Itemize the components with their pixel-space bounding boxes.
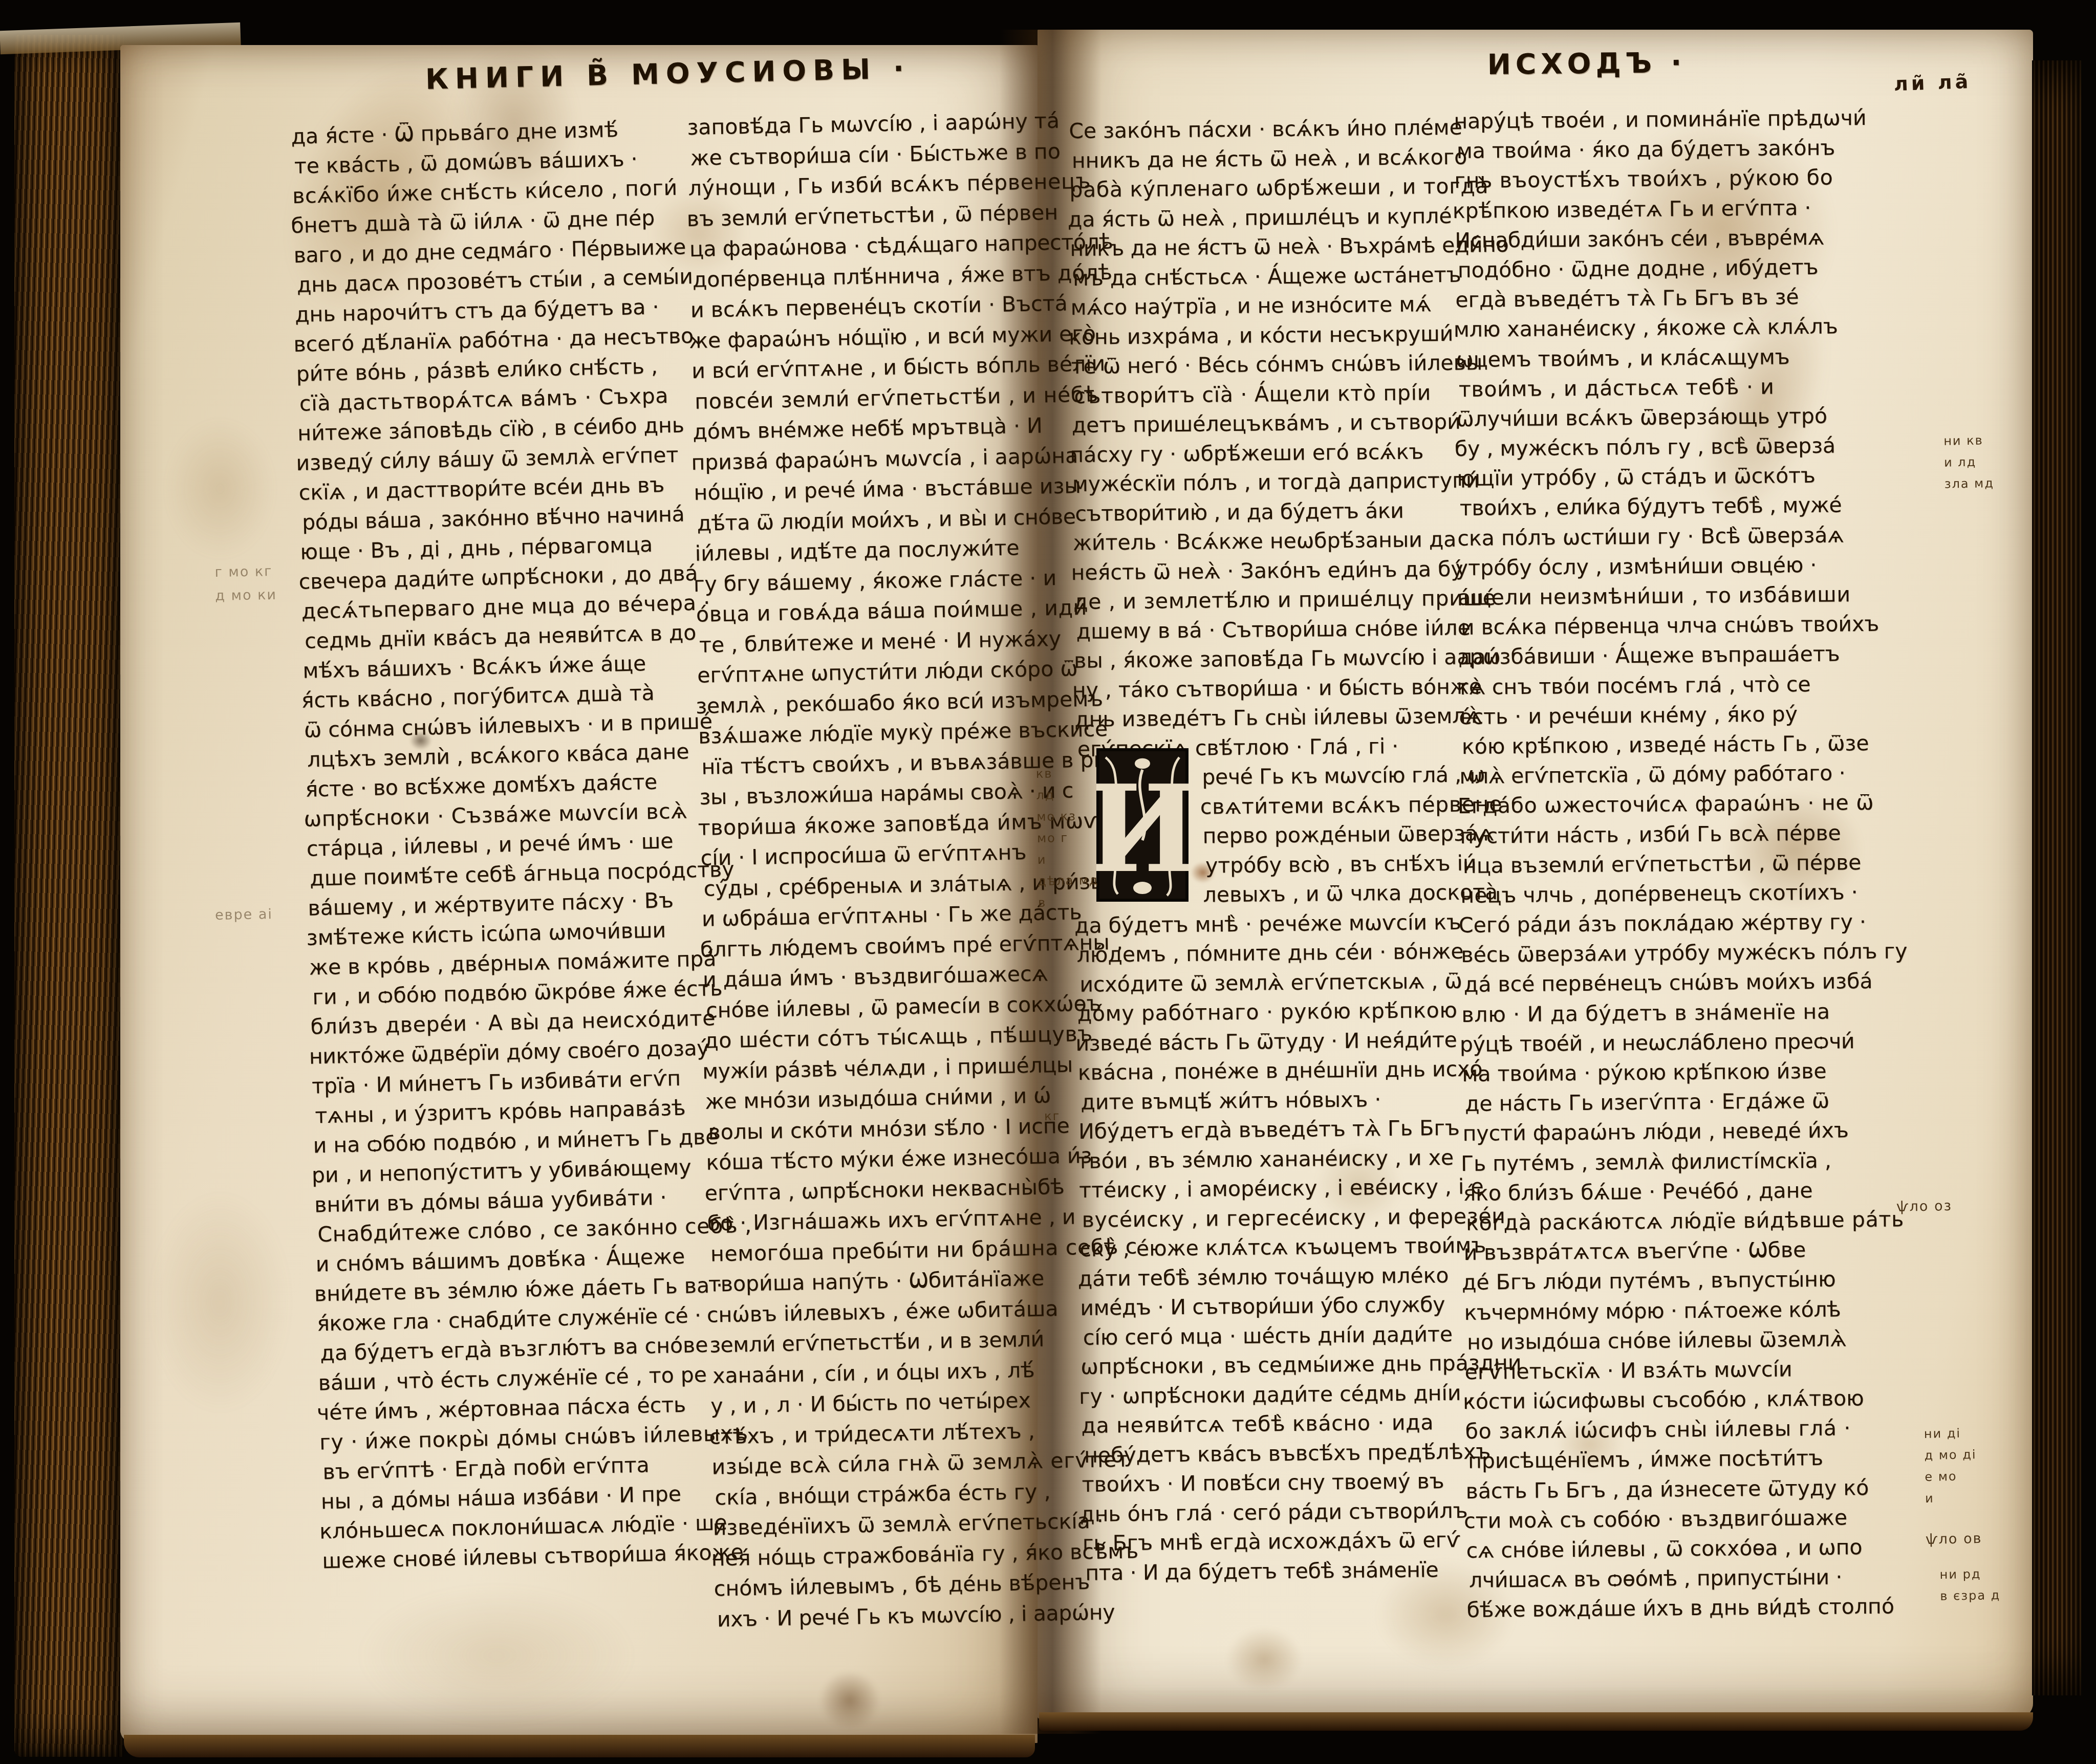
text-line: ру́цѣ твое́й , и неѡсла́блено преѻчи́ xyxy=(1460,1026,1840,1059)
text-line: повсе́и земли́ егѵ́петьстѣ́и , и не́бѣ xyxy=(695,380,1049,417)
text-line: ханаа́ни , сі́и , и о́цы ихъ , лѣ́ xyxy=(712,1354,1067,1391)
margin-note: ни рдв єзра д xyxy=(1939,1563,2000,1607)
text-line: нїа тѣ́стъ свои́хъ , и въвѧза́вше в ри́ xyxy=(701,746,1056,782)
text-line: стѣ́хъ , и три́десѧти лѣ́техъ , xyxy=(709,1415,1064,1452)
text-line: пта · И да бу́детъ тебѣ̀ зна́менїе xyxy=(1085,1555,1460,1588)
text-line: ѡпрѣ́сноки , въ седмы́иже днь пра́здни xyxy=(1081,1349,1456,1382)
text-line: егѵ́пта , ѡпрѣ́сноки неквасны̀бѣ xyxy=(704,1172,1059,1209)
text-line: гь Бгъ мнѣ̀ егда̀ исхожда́хъ ѿ егѵ́ xyxy=(1082,1526,1457,1559)
left-page-bottom-edge xyxy=(124,1735,1035,1757)
book-fore-edge-right xyxy=(2032,60,2081,1695)
text-line: сно́ве іи́левы , ѿ рамесі́и в сокхѡ́ѳъ xyxy=(706,989,1061,1026)
text-line: те , блви́теже и мене́ · И нужа́ху xyxy=(699,624,1054,661)
margin-note: ни дід мо діе мои xyxy=(1924,1422,1978,1509)
text-line: дите въмцѣ́ жи́тъ но́выхъ · xyxy=(1081,1084,1456,1117)
text-line: изведе́ ва́сть Гь ѿтуду · И нея́ди́те xyxy=(1075,1025,1451,1058)
text-line: а́щели неизмѣни́ши , то изба́виши xyxy=(1458,579,1838,613)
text-line: де на́сть Гь изегѵ́пта · Егда́же ѿ xyxy=(1465,1086,1845,1119)
text-line: допе́рвенца плѣ́ннича , я́же втъ до́лѣ xyxy=(692,258,1047,295)
text-line: ма твои́ма · ру́кою крѣ́пкою и́зве xyxy=(1462,1056,1842,1089)
text-line: бу , муже́скъ по́лъ гу , всѣ̀ ѿверза́ xyxy=(1455,431,1834,464)
text-line: сі́ю сего́ мца · ше́сть дні́и дади́те xyxy=(1083,1319,1458,1353)
text-line: же сътвори́ша сі́и · Бы́стьже в по xyxy=(690,137,1045,173)
text-line: де́ Бгъ лю́ди путе́мъ , въпусты́ню xyxy=(1462,1265,1842,1298)
text-line: дѣ́та ѿ люді́и мои́хъ , и вы̀ и сно́ве xyxy=(697,502,1051,539)
text-line: млѧ̀ егѵ́петскїа , ѿ до́му рабо́таго · xyxy=(1459,758,1839,792)
text-line: мъ да снѣ́стьсѧ · А́щеже ѡста́нетъ xyxy=(1073,260,1448,293)
text-line: ѿлучи́ши всѧ́къ ѿверза́ющь утро́ xyxy=(1456,401,1836,434)
text-line: землѧ̀ , реко́шабо я́ко вси́ изъмремъ xyxy=(696,685,1050,722)
text-line: конь изхра́ма , и ко́сти несъкруши́ xyxy=(1069,319,1444,352)
text-line: твои́хъ , ели́ка бу́дутъ тебѣ̀ , муже́ xyxy=(1460,490,1840,524)
text-line: присѣще́нїемъ , и́мже посѣти́тъ xyxy=(1468,1443,1848,1476)
text-line: нея́ но́щь стражбова́нїа гу , я́ко всѣ́м… xyxy=(711,1537,1066,1574)
text-line: днь изведе́тъ Гь сны̀ іи́левы ѿземлѧ̀ xyxy=(1074,702,1450,735)
text-line: ихъ · И рече́ Гь къ мѡѵсі́ю , і аарѡ́ну xyxy=(717,1598,1071,1635)
text-line: когда̀ раска́ютсѧ лю́дїе ви́дѣвше ра́ть xyxy=(1466,1205,1846,1238)
text-line: исхо́дите ѿ землѧ̀ егѵ́петскыѧ , ѿ xyxy=(1079,966,1455,999)
text-line: въ земли́ егѵ́петьстѣи , ѿ пе́рвен xyxy=(686,198,1041,234)
text-line: гнь въоустѣ́хъ твои́хъ , ру́кою бо xyxy=(1454,163,1834,196)
text-line: пусти́ти на́сть , изби́ Гь всѧ̀ пе́рве xyxy=(1460,818,1840,851)
text-line: да́ все́ перве́нецъ снѡ́въ мои́хъ изба́ xyxy=(1464,967,1844,1000)
text-line: твои́мъ , и да́стьсѧ тебѣ̀ · и xyxy=(1459,371,1839,404)
text-line: крѣ́пкою изведе́тѧ Гь и егѵ́пта · xyxy=(1453,192,1832,226)
text-line: муже́скїи по́лъ , и тогда̀ даприступи́ xyxy=(1072,466,1447,499)
right-page-bottom-edge xyxy=(1039,1712,2033,1731)
text-line: гу бгу ва́шему , я́коже гла́сте · и xyxy=(693,563,1048,600)
text-line: ну , та́ко сътвори́ша · и бы́сть во́нже xyxy=(1072,672,1447,705)
margin-note: ѱло ов xyxy=(1926,1527,1982,1552)
text-line: да неяви́тсѧ тебѣ̀ ква́сно · ида xyxy=(1081,1408,1456,1441)
text-line: сътвори́тъ сїа̀ · А́щели кто̀ прі́и xyxy=(1074,378,1449,411)
text-line: бо заклѧ́ іѡ́сифъ сны̀ іи́левы гла́ · xyxy=(1465,1413,1845,1447)
text-line: дшему в ва́ · Сътвори́ша сно́ве іи́ле xyxy=(1076,613,1451,646)
text-line: гу · ѡпрѣ́сноки дади́те се́дмь дні́и , xyxy=(1079,1378,1454,1411)
text-line: снѡ́въ іи́левыхъ , е́же ѡбита́ша xyxy=(707,1294,1062,1331)
text-line: призва́ фараѡ́нъ мѡѵсі́а , і аарѡ́на xyxy=(691,441,1046,478)
text-line: Гь путе́мъ , землѧ̀ филисті́мскїа , xyxy=(1461,1145,1841,1179)
text-line: де , и землетѣ́лю и прише́лцу прише́ xyxy=(1073,584,1449,617)
text-line: бѣ́же вожда́ше и́хъ в днь ви́дѣ столпо́ xyxy=(1466,1592,1846,1625)
text-line: да я́сть ѿ неѧ̀ , пришле́цъ и купле́ xyxy=(1068,202,1443,235)
text-line: ква́сна , поне́же в дне́шнїи днь исхо́ xyxy=(1078,1055,1453,1088)
margin-note: ѱло оз xyxy=(1896,1194,1953,1219)
text-line: егѵ́петьскїѧ · И взѧ́ть мѡѵсі́и xyxy=(1464,1354,1844,1387)
text-line: сътвори́тию̀ , и да бу́детъ а́ки xyxy=(1075,495,1450,529)
initial-letter-glyph: И xyxy=(1096,759,1189,900)
text-line: нникъ да не я́сть ѿ неѧ̀ , и всѧ́кого xyxy=(1072,142,1447,176)
text-line: небу́детъ ква́съ въвсѣ́хъ предѣ́лѣхъ xyxy=(1084,1437,1459,1470)
text-line: лю́демъ , по́мните днь се́и · во́нже xyxy=(1076,937,1452,970)
text-line: ко́ю крѣ́пкою , изведе́ на́сть Гь , ѿзе xyxy=(1462,728,1842,761)
text-line: и всѧ́ка пе́рвенца члча снѡ́въ твои́хъ xyxy=(1461,609,1841,643)
text-line: нецъ члчь , допе́рвенецъ скоті́ихъ · xyxy=(1460,877,1840,910)
text-column-2: заповѣ́да Гь мѡѵсі́ю , і аарѡ́ну та́же с… xyxy=(687,106,1069,1635)
text-line: никъ да не я́стъ ѿ неѧ̀ · Въхра́мѣ еди́н… xyxy=(1070,231,1445,264)
text-line: даизба́виши · А́щеже въпраша́етъ xyxy=(1458,639,1838,672)
text-line: ва́сть Гь Бгъ , да и́знесете ѿтуду ко́ xyxy=(1465,1473,1845,1506)
text-line: Егда́бо ѡжесточи́сѧ фараѡ́нъ · не ѿ xyxy=(1458,788,1838,821)
text-line: твои́хъ · И повѣ́си сну твоему́ въ xyxy=(1082,1467,1457,1500)
folio-number: ли̃ ла̃ xyxy=(1893,69,2017,95)
text-line: же фараѡ́нъ но́щїю , и вси́ мужи его̀ xyxy=(689,319,1044,356)
text-line: ску , е́юже клѧ́тсѧ къѡцемъ твои́мъ xyxy=(1079,1231,1455,1265)
right-running-title: ИСХОДЪ · xyxy=(1443,46,1731,81)
text-line: и възвра́тѧтсѧ въегѵ́пе · Ѡбве xyxy=(1463,1235,1843,1268)
text-line: блгть лю́демъ свои́мъ пре́ егѵ́птѧны , xyxy=(700,928,1054,965)
text-line: скі́а , вно́щи стра́жба е́сть гу , xyxy=(715,1476,1069,1513)
margin-note: квлдмо кзмо гидѣла мдв xyxy=(1035,762,1099,913)
text-line: да́ти тебѣ̀ зе́млю точа́щую мле́ко xyxy=(1078,1260,1453,1294)
text-line: жи́тель · Всѧ́кже неѡбрѣ́заныи да xyxy=(1073,525,1448,558)
text-line: име́дъ · И сътвори́ши у́бо службу xyxy=(1080,1290,1455,1323)
text-line: мужі́и ра́звѣ че́лѧди , і прише́лцы xyxy=(702,1050,1057,1087)
margin-note: кг xyxy=(1044,1105,1061,1127)
text-line: ве́сь ѿверза́ѧи утро́бу муже́скъ по́лъ г… xyxy=(1461,937,1841,970)
text-line: млю ханане́иску , я́коже сѧ̀ клѧ́лъ xyxy=(1454,312,1833,345)
text-line: Се зако́нъ па́схи · всѧ́къ и́но пле́ме xyxy=(1069,113,1444,146)
text-line: сѧ сно́ве іи́левы , ѿ сокхо́ѳа , и ѡпо xyxy=(1466,1532,1846,1565)
text-line: ко́сти іѡ́сифѡвы съсобо́ю , клѧ́твою xyxy=(1463,1384,1843,1417)
text-line: тво́и , въ зе́млю ханане́иску , и хе xyxy=(1076,1143,1452,1176)
text-line: до́му рабо́тнаго · руко́ю крѣ́пкою xyxy=(1077,996,1453,1029)
text-line: я́ко бли́зъ бѧ́ше · Рече́бо́ , дане xyxy=(1463,1175,1843,1208)
text-line: ющїи утро́бу , ѿ ста́дъ и ѿско́тъ xyxy=(1457,461,1836,494)
text-line: нару́цѣ твое́и , и помина́нїе прѣдѡчи́ xyxy=(1454,103,1833,137)
margin-note: г мо кгд мо ки xyxy=(214,560,277,608)
text-line: влю · И да бу́детъ в зна́менїе на xyxy=(1461,996,1841,1030)
text-line: те ѿ него́ · Ве́сь со́нмъ снѡ́въ іи́левы xyxy=(1071,349,1446,382)
text-line: ска по́лъ ѡсти́ши гу · Всѣ̀ ѿверза́ѧ xyxy=(1457,520,1837,553)
text-line: подо́бно · ѿдне додне , ибу́детъ xyxy=(1458,252,1838,285)
book-spread: КНИГИ В̃ МОУСИОВЫ · ИСХОДЪ · ли̃ ла̃ да … xyxy=(0,0,2096,1764)
text-line: лчи́шасѧ въ ѻѳо́мѣ , припусты́ни · xyxy=(1469,1562,1849,1596)
text-column-4: нару́цѣ твое́и , и помина́нїе прѣдѡчи́ма… xyxy=(1454,103,1847,1625)
margin-note: ни кви лдзла мд xyxy=(1943,429,1994,495)
text-line: е́сть · и рече́ши кне́му , я́ко ру́ xyxy=(1459,699,1839,732)
text-line: ма твои́ма · я́ко да бу́детъ зако́нъ xyxy=(1457,133,1836,166)
text-line: су́ды , сре́бреныѧ и зла́тыѧ , и ри́зы , xyxy=(703,867,1058,904)
text-line: егда̀ въведе́тъ тѧ̀ Гь Бгъ въ зе́ xyxy=(1455,282,1835,315)
text-line: утро́бу о́слу , измѣни́ши ѻвце́ю · xyxy=(1456,550,1835,583)
text-line: Иснабди́ши зако́нъ се́и , въвре́мѧ xyxy=(1455,222,1834,255)
text-column-1: да я́сте · Ѿ прьва́го дне измѣ́те ква́ст… xyxy=(291,113,712,1576)
ornate-initial-letter: И xyxy=(1096,748,1189,902)
text-line: Ибу́детъ егда̀ въведе́тъ тѧ̀ Гь Бгъ xyxy=(1078,1114,1454,1147)
text-line: днь о́нъ гла́ · сего́ ра́ди сътвори́лъ xyxy=(1080,1496,1455,1529)
text-line: тѧ̀ снъ тво́и посе́мъ гла́ , что̀ се xyxy=(1457,669,1836,702)
text-line: но изыдо́ша сно́ве іи́левы ѿземлѧ̀ xyxy=(1467,1324,1847,1357)
text-line: немого́ша пребы́ти ни бра́шна себѣ̀ с xyxy=(710,1232,1065,1269)
text-line: нея́сть ѿ неѧ̀ · Зако́нъ еди́нъ да бу́ xyxy=(1071,554,1446,587)
text-line: да бу́детъ мнѣ̀ · рече́же мѡѵсі́и къ xyxy=(1074,907,1450,941)
margin-note: евре аі xyxy=(215,903,273,927)
text-line: вы , я́коже заповѣ́да Гь мѡѵсі́ю і аарѡ́ xyxy=(1074,643,1449,676)
text-line: пусти́ фараѡ́нъ лю́ди , неведе́ и́хъ xyxy=(1462,1116,1842,1149)
text-line: детъ прише́лецъква́мъ , и сътвори́ xyxy=(1072,407,1447,441)
text-line: ѡцемъ твои́мъ , и кла́сѧщумъ xyxy=(1456,341,1835,375)
text-line: сти моѧ̀ съ собо́ю · въздвиго́шаже xyxy=(1464,1502,1844,1536)
text-line: мѧ́со нау́трїа , и не изно́сите мѧ́ xyxy=(1070,290,1445,323)
text-line: волы и ско́ти мно́зи ѕѣ́ло · І испе xyxy=(708,1110,1063,1147)
text-line: раба̀ ку́пленаго ѡбрѣ́жеши , и тогда̀ xyxy=(1069,172,1444,205)
text-line: къчермно́му мо́рю · пѧ́тоеже ко́лѣ xyxy=(1464,1294,1844,1327)
text-line: твори́ша я́коже заповѣ́да и́мъ мѡѵ xyxy=(698,807,1052,843)
text-line: па́сху гу · ѡбрѣ́жеши его́ всѧ́къ xyxy=(1070,437,1445,470)
text-line: вусе́иску , и гергесе́иску , и ферезе́и xyxy=(1082,1202,1457,1235)
text-line: нца въземли́ егѵ́петьстѣи , ѿ пе́рве xyxy=(1463,847,1843,881)
book-fore-edge-left xyxy=(14,35,124,1757)
text-line: Сего́ ра́ди а́зъ покла́даю же́ртву гу · xyxy=(1459,907,1839,941)
text-line: тте́иску , і аморе́иску , і еве́иску , і… xyxy=(1079,1172,1454,1206)
